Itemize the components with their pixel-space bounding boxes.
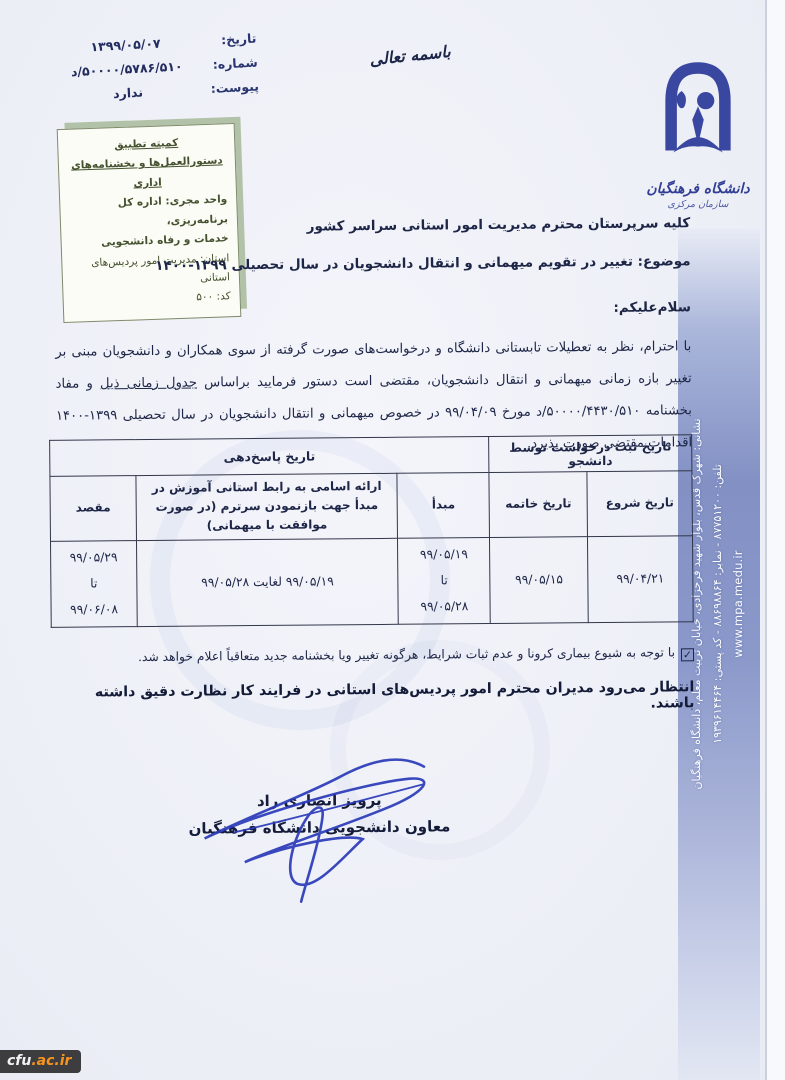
col-header-end-date: تاریخ خاتمه: [489, 472, 587, 537]
schedule-table: تاریخ ثبت درخواست توسط دانشجو تاریخ پاسخ…: [49, 434, 694, 627]
subject-academic-years: ۱۴۰۰-۱۳۹۹: [155, 257, 227, 274]
watermark-domain: .ac.ir: [31, 1053, 71, 1069]
origin-range-end: ۹۹/۰۵/۲۸: [403, 593, 486, 620]
cell-destination-range: ۹۹/۰۵/۲۹ تا ۹۹/۰۶/۰۸: [50, 540, 137, 627]
covid-note-line: ✓با توجه به شیوع بیماری کرونا و عدم ثبات…: [58, 645, 694, 667]
scan-edge: [765, 0, 785, 1080]
scanned-letter-page: نشانی: شهرک قدس، بلوار شهید فرحزادی، خیا…: [0, 0, 785, 1080]
destination-range-end: ۹۹/۰۶/۰۸: [55, 596, 132, 623]
letterhead-contact-block: نشانی: شهرک قدس، بلوار شهید فرحزادی، خیا…: [686, 324, 752, 884]
addressee-line: کلیه سرپرستان محترم مدیریت امور استانی س…: [54, 215, 690, 237]
checked-checkbox-icon: ✓: [681, 648, 694, 661]
paragraph-academic-years: ۱۴۰۰-۱۳۹۹: [56, 408, 118, 424]
paragraph-underlined-phrase: جدول زمانی ذیل: [100, 376, 197, 392]
col-header-origin: مبدأ: [397, 473, 489, 538]
subject-text: موضوع: تغییر در تقویم میهمانی و انتقال د…: [227, 253, 691, 273]
cell-end-date: ۹۹/۰۵/۱۵: [490, 536, 589, 623]
cell-names-range: ۹۹/۰۵/۱۹ لغایت ۹۹/۰۵/۲۸: [136, 538, 398, 626]
covid-note-text: با توجه به شیوع بیماری کرونا و عدم ثبات …: [138, 645, 675, 664]
org-phone-fax-postal: تلفن: ۸۷۷۵۱۲۰۰ - نمابر: ۸۸۶۹۸۸۶۴ - کد پس…: [707, 324, 728, 884]
cell-start-date: ۹۹/۰۴/۲۱: [588, 535, 694, 622]
table-values-row: ۹۹/۰۴/۲۱ ۹۹/۰۵/۱۵ ۹۹/۰۵/۱۹ تا ۹۹/۰۵/۲۸ ۹…: [50, 535, 693, 627]
col-header-start-date: تاریخ شروع: [587, 471, 692, 536]
cell-origin-range: ۹۹/۰۵/۱۹ تا ۹۹/۰۵/۲۸: [398, 537, 491, 624]
signer-title: معاون دانشجویی دانشگاه فرهنگیان: [159, 817, 479, 838]
destination-range-separator: تا: [55, 570, 132, 597]
subject-line: موضوع: تغییر در تقویم میهمانی و انتقال د…: [55, 253, 691, 275]
watermark-site: cfu: [7, 1053, 31, 1069]
salutation: سلام‌علیکم:: [55, 299, 691, 321]
table-group-header-row: تاریخ ثبت درخواست توسط دانشجو تاریخ پاسخ…: [50, 435, 692, 477]
org-website: www.mpa.medu.ir: [728, 324, 749, 884]
letter-body: کلیه سرپرستان محترم مدیریت امور استانی س…: [52, 0, 697, 1080]
col-header-destination: مقصد: [50, 476, 137, 541]
origin-range-separator: تا: [403, 567, 486, 594]
destination-range-start: ۹۹/۰۵/۲۹: [55, 544, 132, 571]
group-header-request: تاریخ ثبت درخواست توسط دانشجو: [489, 435, 692, 473]
col-header-names-to-liaison: ارائه اسامی به رابط استانی آموزش در مبدأ…: [136, 473, 398, 540]
cfu-watermark: cfu.ac.ir: [0, 1050, 81, 1073]
table-column-header-row: تاریخ شروع تاریخ خاتمه مبدأ ارائه اسامی …: [50, 471, 693, 541]
group-header-response: تاریخ پاسخ‌دهی: [50, 437, 490, 477]
origin-range-start: ۹۹/۰۵/۱۹: [402, 541, 485, 568]
expectation-line: انتظار می‌رود مدیران محترم امور پردیس‌ها…: [58, 679, 694, 717]
signature-block: پرویز انصاری راد معاون دانشجویی دانشگاه …: [159, 744, 480, 907]
signer-name: پرویز انصاری راد: [159, 790, 479, 811]
